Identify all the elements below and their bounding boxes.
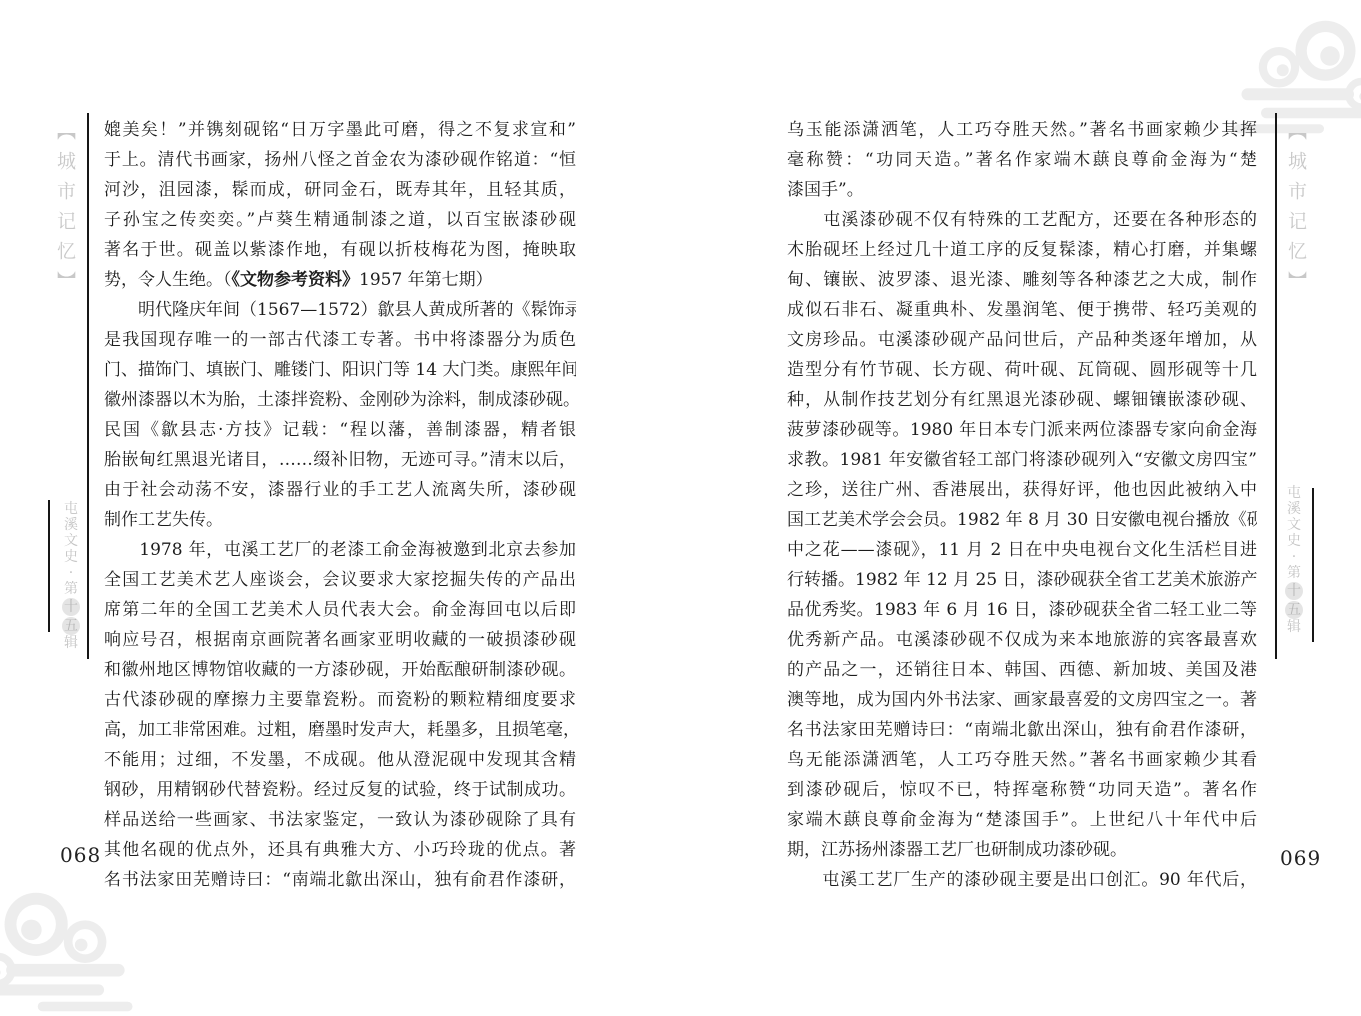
text-line: 钢砂，用精钢砂代替瓷粉。经过反复的试验，终于试制成功。 [104, 775, 576, 805]
sidebar-divider-rule-left [87, 113, 89, 659]
text-line: 民国《歙县志·方技》记载：“程以藩，善制漆器，精者银 [104, 415, 576, 445]
text-line: 胎嵌甸红黑退光诸目，……缀补旧物，无迹可寻。”清末以后， [104, 445, 576, 475]
text-line: 势，令人生绝。（《文物参考资料》1957 年第七期） [104, 265, 576, 295]
text-line: 其他名砚的优点外，还具有典雅大方、小巧玲珑的优点。著 [104, 835, 576, 865]
volume-number-badge: 十 [1285, 582, 1303, 600]
text-line: 明代隆庆年间（1567—1572）歙县人黄成所著的《髹饰录》 [104, 295, 576, 325]
book-spread: 【城市记忆】 屯溪文史·第十五辑 068 【城市记忆】 屯溪文史·第十五辑 06… [0, 0, 1361, 1016]
volume-label-char: 溪 [63, 518, 79, 533]
text-line: 中之花——漆砚》，11 月 2 日在中央电视台文化生活栏目进 [787, 535, 1257, 565]
volume-label-char: 辑 [63, 636, 79, 651]
right-page-text-column: 乌玉能添潇洒笔，人工巧夺胜天然。”著名书画家赖少其挥毫称赞：“功同天造。”著名作… [787, 115, 1257, 895]
volume-number-badge: 十 [62, 598, 80, 616]
text-line: 鸟无能添潇洒笔，人工巧夺胜天然。”著名书画家赖少其看 [787, 745, 1257, 775]
text-line: 席第二年的全国工艺美术人员代表大会。俞金海回屯以后即 [104, 595, 576, 625]
text-line: 行转播。1982 年 12 月 25 日，漆砂砚获全省工艺美术旅游产 [787, 565, 1257, 595]
text-line: 期，江苏扬州漆器工艺厂也研制成功漆砂砚。 [787, 835, 1257, 865]
text-line: 样品送给一些画家、书法家鉴定，一致认为漆砂砚除了具有 [104, 805, 576, 835]
text-line: 种，从制作技艺划分有红黑退光漆砂砚、螺钿镶嵌漆砂砚、 [787, 385, 1257, 415]
text-line: 品优秀奖。1983 年 6 月 16 日，漆砂砚获全省二轻工业二等 [787, 595, 1257, 625]
series-title-vertical-left: 【城市记忆】 [53, 121, 79, 331]
text-line: 国工艺美术学会会员。1982 年 8 月 30 日安徽电视台播放《砚 [787, 505, 1257, 535]
text-line: 1978 年，屯溪工艺厂的老漆工俞金海被邀到北京去参加 [104, 535, 576, 565]
text-line: 响应号召，根据南京画院著名画家亚明收藏的一破损漆砂砚 [104, 625, 576, 655]
text-line: 家端木蕻良尊俞金海为“楚漆国手”。上世纪八十年代中后 [787, 805, 1257, 835]
bold-text-segment: 《文物参考资料》 [232, 270, 360, 290]
text-line: 屯溪工艺厂生产的漆砂砚主要是出口创汇。90 年代后， [787, 865, 1257, 895]
volume-label-rule-left [48, 500, 50, 632]
text-line: 不能用；过细，不发墨，不成砚。他从澄泥砚中发现其含精 [104, 745, 576, 775]
text-line: 求教。1981 年安徽省轻工部门将漆砂砚列入“安徽文房四宝” [787, 445, 1257, 475]
text-line: 造型分有竹节砚、长方砚、荷叶砚、瓦筒砚、圆形砚等十几 [787, 355, 1257, 385]
text-line: 优秀新产品。屯溪漆砂砚不仅成为来本地旅游的宾客最喜欢 [787, 625, 1257, 655]
text-line: 成似石非石、凝重典朴、发墨润笔、便于携带、轻巧美观的 [787, 295, 1257, 325]
text-line: 文房珍品。屯溪漆砂砚产品问世后，产品种类逐年增加，从 [787, 325, 1257, 355]
text-line: 菠萝漆砂砚等。1980 年日本专门派来两位漆器专家向俞金海 [787, 415, 1257, 445]
series-title-vertical-right: 【城市记忆】 [1284, 121, 1310, 331]
text-line: 漆国手”。 [787, 175, 1257, 205]
text-line: 全国工艺美术艺人座谈会，会议要求大家挖掘失传的产品出 [104, 565, 576, 595]
volume-label-vertical-right: 屯溪文史·第十五辑 [1282, 486, 1306, 635]
text-line: 徽州漆器以木为胎，土漆拌瓷粉、金刚砂为涂料，制成漆砂砚。 [104, 385, 576, 415]
text-line: 于上。清代书画家，扬州八怪之首金农为漆砂砚作铭道：“恒 [104, 145, 576, 175]
text-line: 名书法家田芜赠诗曰：“南端北歙出深山，独有俞君作漆研， [787, 715, 1257, 745]
volume-label-char: 文 [1286, 518, 1302, 533]
text-line: 毫称赞：“功同天造。”著名作家端木蕻良尊俞金海为“楚 [787, 145, 1257, 175]
text-line: 古代漆砂砚的摩擦力主要靠瓷粉。而瓷粉的颗粒精细度要求 [104, 685, 576, 715]
volume-label-char: 文 [63, 534, 79, 549]
text-line: 木胎砚坯上经过几十道工序的反复髹漆，精心打磨，并集螺 [787, 235, 1257, 265]
text-line: 乌玉能添潇洒笔，人工巧夺胜天然。”著名书画家赖少其挥 [787, 115, 1257, 145]
text-line: 甸、镶嵌、波罗漆、退光漆、雕刻等各种漆艺之大成，制作 [787, 265, 1257, 295]
volume-label-vertical-left: 屯溪文史·第十五辑 [59, 502, 83, 651]
volume-label-char: 史 [1286, 534, 1302, 549]
volume-label-char: 溪 [1286, 502, 1302, 517]
text-line: 和徽州地区博物馆收藏的一方漆砂砚，开始酝酿研制漆砂砚。 [104, 655, 576, 685]
text-line: 澳等地，成为国内外书法家、画家最喜爱的文房四宝之一。著 [787, 685, 1257, 715]
volume-label-char: 辑 [1286, 620, 1302, 635]
text-line: 由于社会动荡不安，漆器行业的手工艺人流离失所，漆砂砚 [104, 475, 576, 505]
text-line: 屯溪漆砂砚不仅有特殊的工艺配方，还要在各种形态的 [787, 205, 1257, 235]
text-line: 的产品之一，还销往日本、韩国、西德、新加坡、美国及港 [787, 655, 1257, 685]
text-line: 门、描饰门、填嵌门、雕镂门、阳识门等 14 大门类。康熙年间， [104, 355, 576, 385]
text-line: 名书法家田芜赠诗曰：“南端北歙出深山，独有俞君作漆研， [104, 865, 576, 895]
volume-label-char: · [63, 566, 79, 581]
volume-label-rule-right [1312, 488, 1314, 642]
page-number-right: 069 [1280, 846, 1321, 870]
text-line: 子孙宝之传奕奕。”卢葵生精通制漆之道，以百宝嵌漆砂砚 [104, 205, 576, 235]
volume-label-char: 屯 [1286, 486, 1302, 501]
page-number-left: 068 [60, 843, 101, 867]
volume-label-char: · [1286, 550, 1302, 565]
volume-label-char: 第 [1286, 566, 1302, 581]
volume-number-badge: 五 [62, 617, 80, 635]
volume-label-char: 第 [63, 582, 79, 597]
text-line: 是我国现存唯一的一部古代漆工专著。书中将漆器分为质色 [104, 325, 576, 355]
sidebar-divider-rule-right [1275, 113, 1277, 659]
text-line: 河沙，沮园漆，髹而成，研同金石，既寿其年，且轻其质， [104, 175, 576, 205]
left-page-text-column: 媲美矣！”并镌刻砚铭“日万字墨此可磨，得之不复求宣和”于上。清代书画家，扬州八怪… [104, 115, 576, 895]
volume-label-char: 史 [63, 550, 79, 565]
volume-number-badge: 五 [1285, 601, 1303, 619]
text-line: 著名于世。砚盖以紫漆作地，有砚以折枝梅花为图，掩映取 [104, 235, 576, 265]
text-line: 媲美矣！”并镌刻砚铭“日万字墨此可磨，得之不复求宣和” [104, 115, 576, 145]
cloud-ornament-bottom-left [0, 882, 142, 1016]
text-line: 之珍，送往广州、香港展出，获得好评，他也因此被纳入中 [787, 475, 1257, 505]
text-line: 制作工艺失传。 [104, 505, 576, 535]
volume-label-char: 屯 [63, 502, 79, 517]
text-line: 到漆砂砚后，惊叹不已，特挥毫称赞“功同天造”。著名作 [787, 775, 1257, 805]
text-line: 高，加工非常困难。过粗，磨墨时发声大，耗墨多，且损笔毫， [104, 715, 576, 745]
